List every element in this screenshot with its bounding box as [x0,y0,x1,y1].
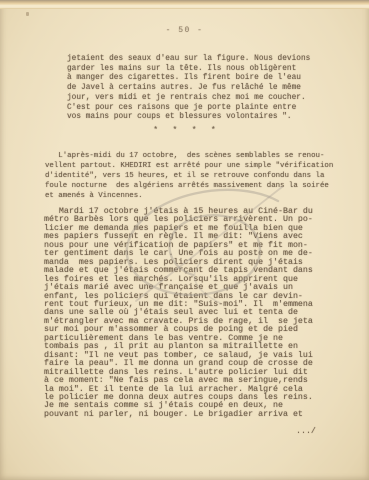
typed-line: jetaient des seaux d'eau sur la figure. … [67,55,310,65]
typed-line: à manger des cigarettes. Ils firent boir… [67,74,310,84]
scanned-document: - 50 - jetaient des seaux d'eau sur la f… [0,0,369,480]
typed-line: d'identité", vers 15 heures, et il se re… [45,172,333,182]
section-separator: * * * * [0,126,369,135]
typed-line: C'est pour ces raisons que je porte plai… [67,104,310,114]
testimony-paragraph: Mardi 17 octobre j'étais à 15 heures au … [44,208,313,419]
paper-speck [26,12,29,16]
typed-line: garder les mains sur la tête. Ils nous o… [67,65,310,75]
continuation-mark: .../ [296,427,316,436]
typed-line: de Javel à certains autres. Je fus relâc… [67,84,310,94]
typed-line: jour, vers midi et je rentrais chez moi … [67,94,310,104]
quoted-testimony-block: jetaient des seaux d'eau sur la figure. … [67,55,310,123]
page-number: - 50 - [0,26,369,35]
paragraph-october-17: L'après-midi du 17 octobre, des scènes s… [45,152,333,202]
typed-line: foule nocturne des algériens arrêtés mas… [45,182,333,192]
typed-line: vos mains pour coups et blessures volont… [67,113,310,123]
typed-line: et amenés à Vincennes. [45,192,333,202]
typed-line: vellent partout. KHEDIRI est arrêté pour… [45,162,333,172]
typed-line: L'après-midi du 17 octobre, des scènes s… [45,152,333,162]
paper-stack-edge [0,0,369,9]
typed-line: pouvant ni parler, ni bouger. Le brigadi… [44,411,313,419]
